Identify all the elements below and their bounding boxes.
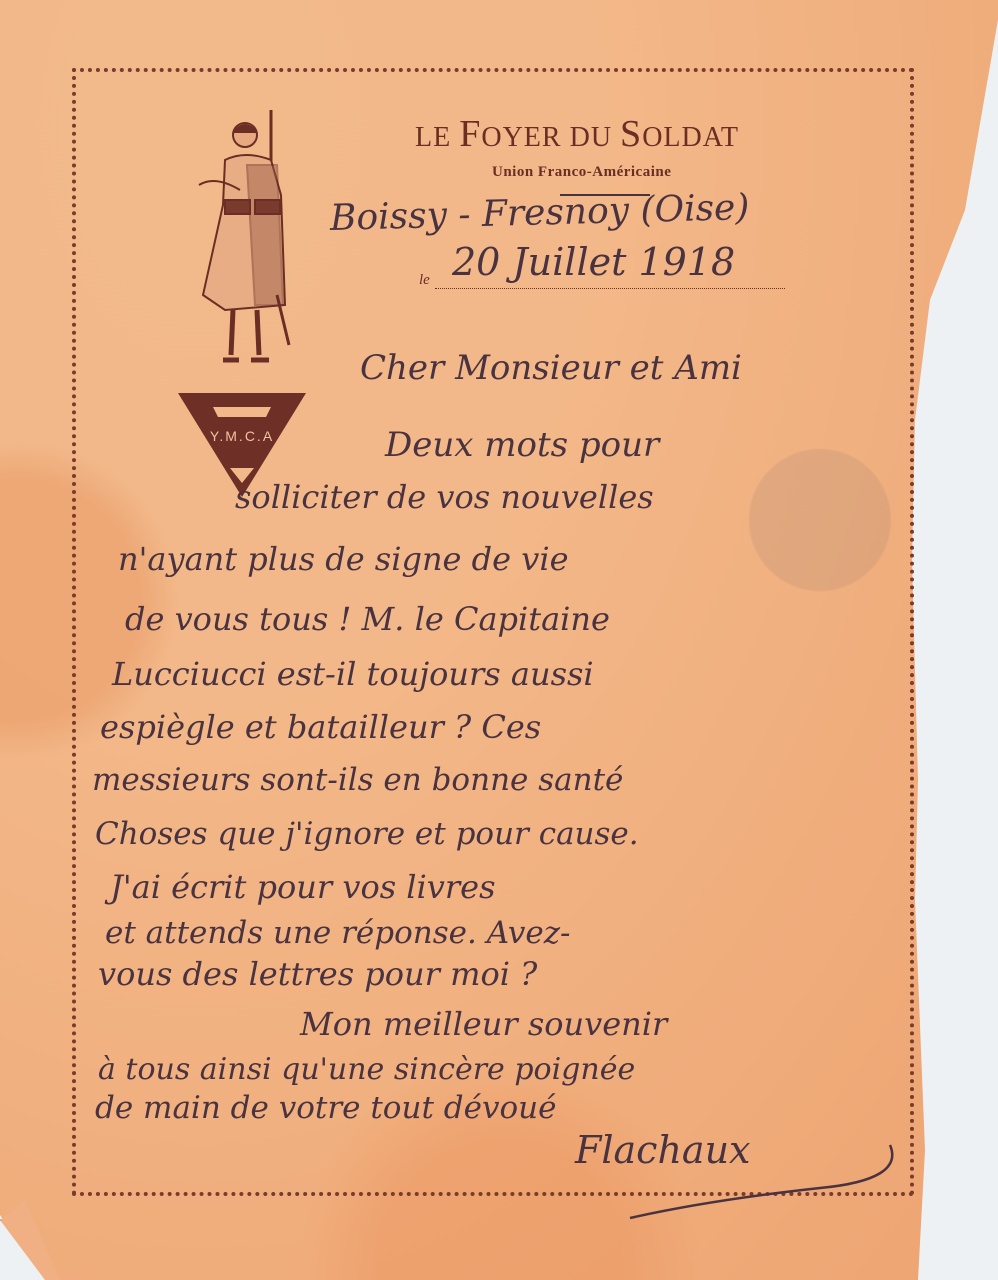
body-line: Deux mots pour: [385, 425, 659, 465]
body-line: J'ai écrit pour vos livres: [110, 868, 496, 906]
body-line: espiègle et batailleur ? Ces: [100, 708, 541, 746]
closing-line: Mon meilleur souvenir: [300, 1005, 667, 1043]
letterhead-title: LE FOYER DU SOLDAT: [415, 112, 855, 156]
body-line: vous des lettres pour moi ?: [98, 955, 537, 993]
title-foyer-initial: F: [459, 113, 481, 155]
closing-line: de main de votre tout dévoué: [95, 1090, 556, 1126]
letterhead-subtitle: Union Franco-Américaine: [492, 164, 671, 181]
title-le: LE: [415, 122, 459, 153]
body-line: Choses que j'ignore et pour cause.: [95, 816, 639, 852]
closing-line: à tous ainsi qu'une sincère poignée: [98, 1052, 635, 1087]
title-du: DU: [562, 122, 620, 153]
body-line: messieurs sont-ils en bonne santé: [92, 762, 623, 798]
body-line: n'ayant plus de signe de vie: [118, 540, 569, 578]
title-soldat-rest: OLDAT: [642, 122, 739, 153]
body-line: de vous tous ! M. le Capitaine: [125, 600, 610, 638]
date-prefix-label: le: [419, 272, 430, 289]
date-dotted-line: [435, 288, 785, 289]
title-foyer-rest: OYER: [481, 122, 561, 153]
letter-salutation: Cher Monsieur et Ami: [360, 348, 742, 388]
letter-date: 20 Juillet 1918: [452, 240, 735, 284]
strikethrough-line: [560, 194, 650, 196]
ymca-emblem-text: Y.M.C.A: [194, 428, 290, 444]
soldier-illustration-icon: [185, 105, 305, 385]
body-line: et attends une réponse. Avez-: [105, 915, 571, 951]
signature-flourish-icon: [620, 1140, 900, 1220]
title-soldat-initial: S: [620, 113, 642, 155]
body-line: Lucciucci est-il toujours aussi: [112, 655, 594, 693]
body-line: solliciter de vos nouvelles: [235, 478, 654, 516]
